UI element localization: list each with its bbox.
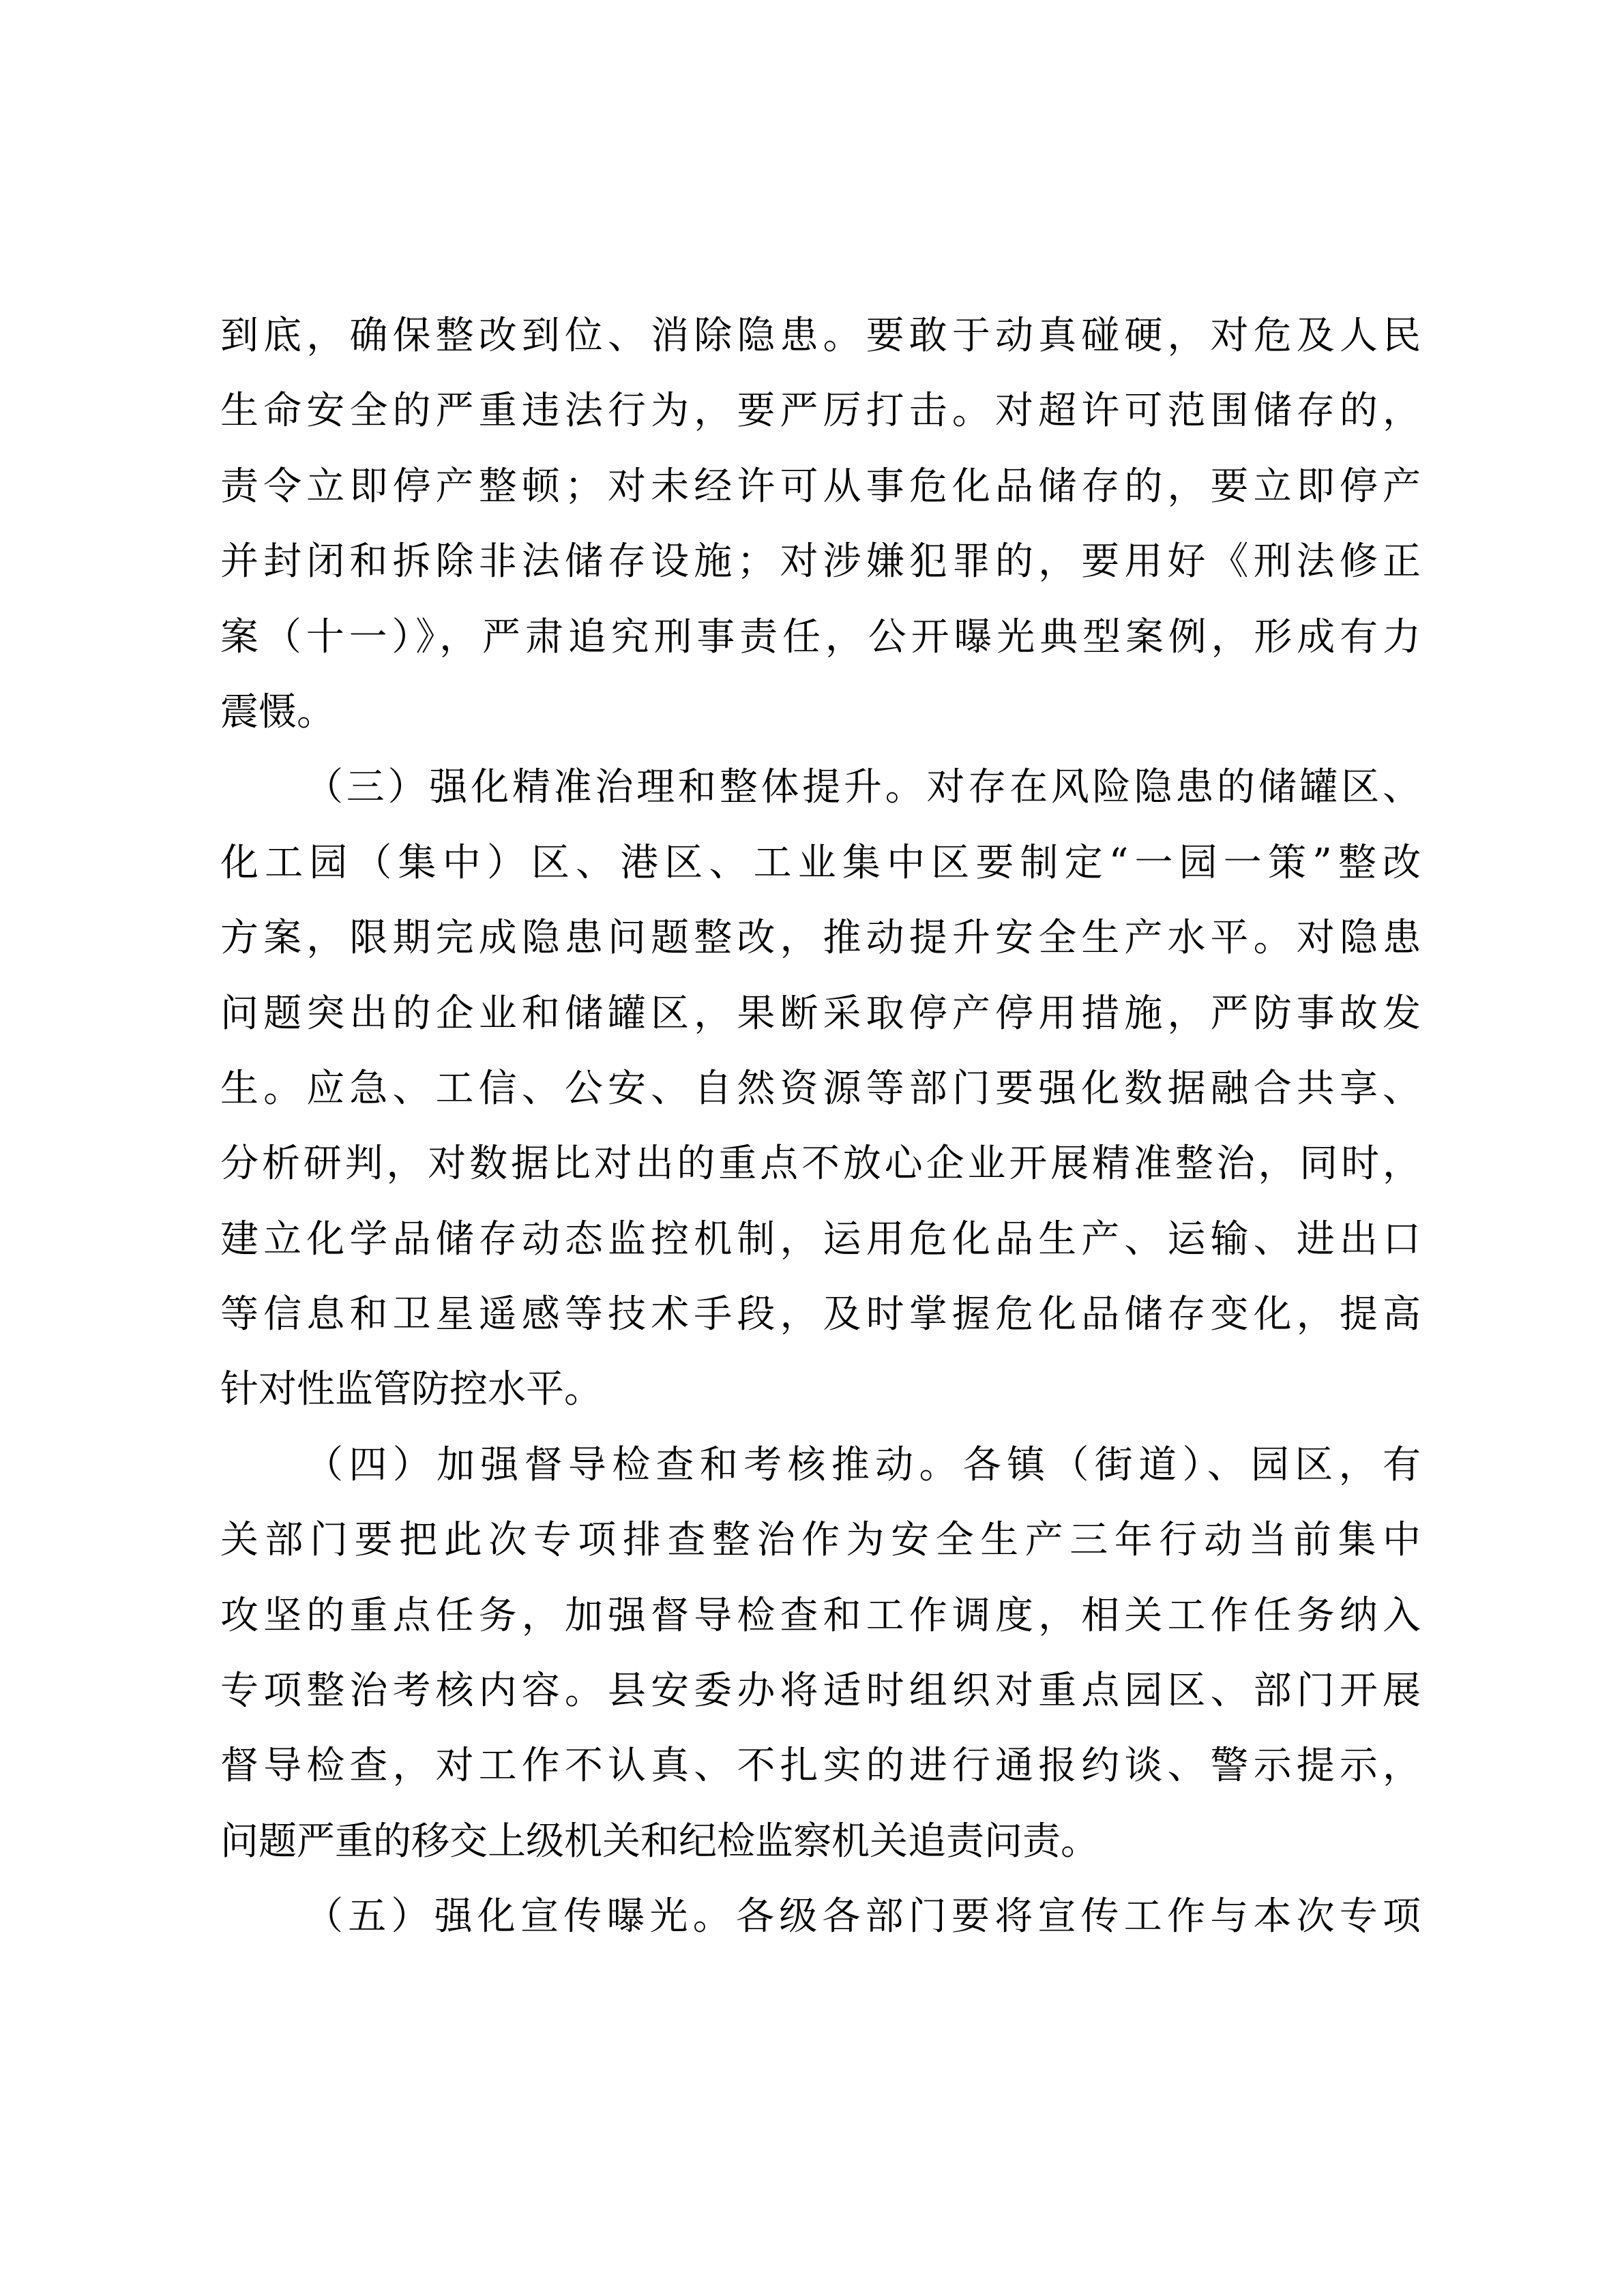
text-line: 方案，限期完成隐患问题整改，推动提升安全生产水平。对隐患 — [220, 901, 1421, 976]
text-line: 责令立即停产整顿；对未经许可从事危化品储存的，要立即停产 — [220, 449, 1421, 524]
section-heading-line-3: （三）强化精准治理和整体提升。对存在风险隐患的储罐区、 — [220, 750, 1421, 825]
text-line: 督导检查，对工作不认真、不扎实的进行通报约谈、警示提示， — [220, 1729, 1421, 1804]
document-page: 到底，确保整改到位、消除隐患。要敢于动真碰硬，对危及人民 生命安全的严重违法行为… — [0, 0, 1624, 2296]
section-heading-line-4: （四）加强督导检查和考核推动。各镇（街道）、园区，有 — [220, 1428, 1421, 1503]
text-line: 化工园（集中）区、港区、工业集中区要制定“一园一策”整改 — [220, 826, 1421, 901]
text-line: 针对性监管防控水平。 — [220, 1352, 1421, 1427]
text-line: 到底，确保整改到位、消除隐患。要敢于动真碰硬，对危及人民 — [220, 299, 1421, 374]
text-line: 攻坚的重点任务，加强督导检查和工作调度，相关工作任务纳入 — [220, 1579, 1421, 1654]
text-line: 案（十一）》，严肃追究刑事责任，公开曝光典型案例，形成有力 — [220, 600, 1421, 675]
text-line: 生命安全的严重违法行为，要严厉打击。对超许可范围储存的， — [220, 374, 1421, 449]
text-line: 专项整治考核内容。县安委办将适时组织对重点园区、部门开展 — [220, 1654, 1421, 1729]
text-line: 等信息和卫星遥感等技术手段，及时掌握危化品储存变化，提高 — [220, 1277, 1421, 1352]
text-line: 生。应急、工信、公安、自然资源等部门要强化数据融合共享、 — [220, 1052, 1421, 1127]
text-line: 震慑。 — [220, 675, 1421, 750]
section-heading-line-5: （五）强化宣传曝光。各级各部门要将宣传工作与本次专项 — [220, 1879, 1421, 1954]
text-line: 分析研判，对数据比对出的重点不放心企业开展精准整治，同时， — [220, 1127, 1421, 1202]
text-line: 问题突出的企业和储罐区，果断采取停产停用措施，严防事故发 — [220, 976, 1421, 1052]
text-line: 建立化学品储存动态监控机制，运用危化品生产、运输、进出口 — [220, 1202, 1421, 1277]
text-line: 问题严重的移交上级机关和纪检监察机关追责问责。 — [220, 1804, 1421, 1879]
document-body: 到底，确保整改到位、消除隐患。要敢于动真碰硬，对危及人民 生命安全的严重违法行为… — [220, 299, 1421, 1955]
text-line: 并封闭和拆除非法储存设施；对涉嫌犯罪的，要用好《刑法修正 — [220, 524, 1421, 599]
text-line: 关部门要把此次专项排查整治作为安全生产三年行动当前集中 — [220, 1503, 1421, 1578]
